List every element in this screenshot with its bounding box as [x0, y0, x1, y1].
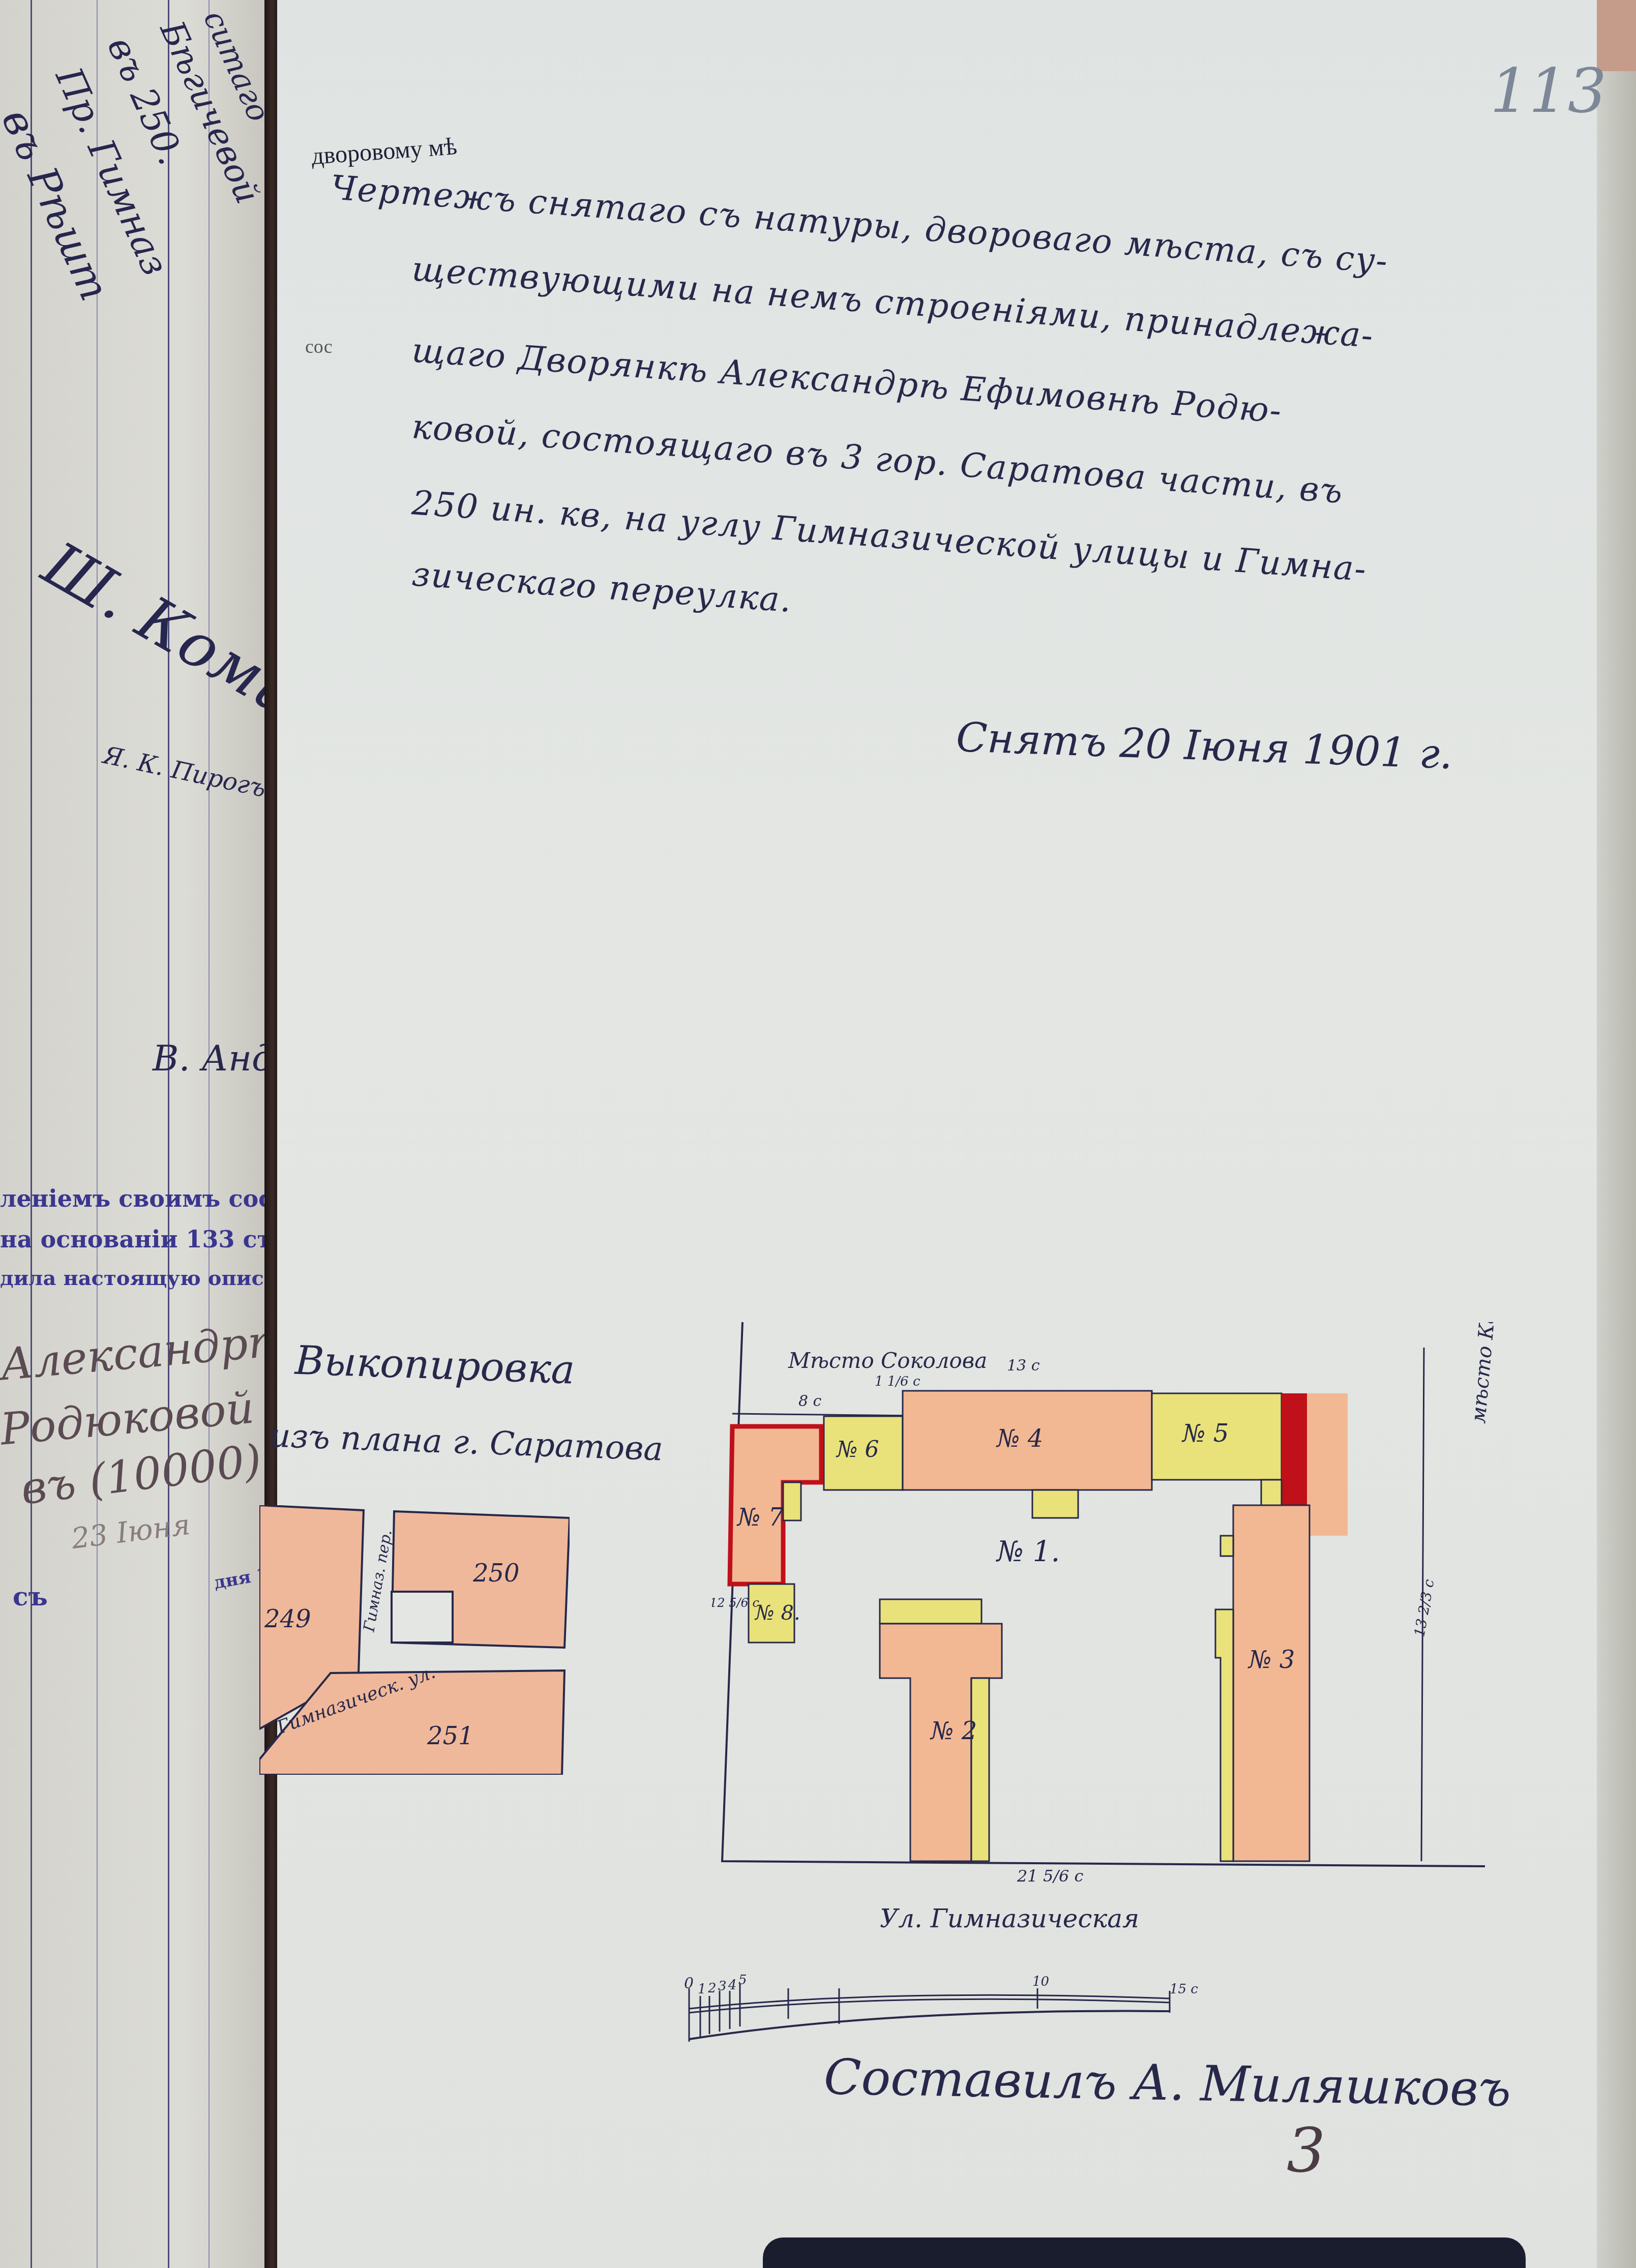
lot-label: 250 [472, 1559, 520, 1588]
page-number: 113 [1490, 56, 1607, 127]
surveyor-signature: Составилъ А. Миляшковъ [823, 2048, 1511, 2117]
left-page-signature: Я. К. Пирогъ [101, 741, 264, 803]
dimension-label: 21 5/6 с [1017, 1866, 1084, 1886]
building-label: № 4 [996, 1424, 1043, 1453]
page-stack-edge [1597, 71, 1636, 2268]
left-page-handwriting: Александрѣ [0, 1315, 264, 1391]
binder-cover-edge [763, 2237, 1526, 2268]
excerpt-map: 249 250 251 Гимназическ. ул. Гимназ. пер… [259, 1505, 570, 1775]
scale-tick: 1 [698, 1982, 706, 1997]
scale-tick: 2 [707, 1981, 717, 1996]
ledger-rule [209, 0, 210, 2268]
annex-4 [1032, 1490, 1078, 1518]
building-label: № 7 [736, 1503, 784, 1532]
left-page-signature: В. Андрі [153, 1037, 264, 1079]
dimension-label: 13 2/3 с [1411, 1578, 1437, 1638]
site-plan: Мѣсто Соколова мѣсто Карбушевскаго Гимна… [712, 1322, 1551, 1958]
building-label: № 2 [930, 1717, 977, 1745]
scale-bar: 0 1 2 3 4 5 10 15 с [681, 1953, 1210, 2054]
left-page-handwriting: 23 Іюня [70, 1508, 192, 1556]
annex-2b [971, 1678, 989, 1861]
dimension-label: 1 1/6 с [875, 1374, 920, 1389]
ledger-rule [97, 0, 98, 2268]
annex-3b [1221, 1536, 1233, 1556]
printed-form-line: леніемъ своимъ состоянія [0, 1185, 264, 1212]
neighbor-label: Мѣсто Соколова [788, 1348, 987, 1373]
lot-label: 251 [427, 1722, 474, 1750]
building-label: № 8. [754, 1601, 800, 1625]
street-label: Ул. Гимназическая [880, 1904, 1139, 1933]
scale-tick: 5 [738, 1973, 747, 1988]
ledger-rule [168, 0, 169, 2268]
printed-form-line: на основаніи 133 ст. Полож [0, 1226, 264, 1253]
building-label: № 5 [1181, 1419, 1229, 1448]
annex-7 [783, 1482, 801, 1520]
left-ledger-page: ситаго Бѣгичевой въ 250. Пр. Гимназ въ Р… [0, 0, 264, 2268]
building-3 [1233, 1505, 1310, 1861]
scale-tick: 10 [1032, 1974, 1049, 1989]
excerpt-title: Выкопировка [294, 1337, 576, 1393]
scale-tick: 4 [728, 1978, 737, 1993]
printed-form-word: дня 190 [213, 1560, 264, 1593]
annex-2 [880, 1599, 981, 1624]
printed-form-fragment: сос [305, 336, 333, 358]
lot-label: 249 [264, 1605, 311, 1633]
street-label: Гимназ. пер. [360, 1528, 396, 1633]
building-label: № 3 [1247, 1646, 1295, 1674]
annex-3 [1215, 1609, 1233, 1861]
scale-tick: 0 [684, 1975, 694, 1992]
scale-tick: 3 [718, 1979, 727, 1994]
dimension-label: 12 5/6 с [712, 1596, 759, 1610]
lot-250-courtyard [392, 1592, 453, 1643]
dimension-label: 13 с [1007, 1357, 1040, 1375]
neighbor-strip [1307, 1393, 1348, 1536]
sheet-mark: 3 [1287, 2115, 1325, 2186]
neighbor-label: мѣсто Карбушевскаго [1467, 1322, 1512, 1424]
yard-label: № 1. [996, 1535, 1060, 1568]
ledger-rule [31, 0, 32, 2268]
building-label: № 6 [836, 1437, 879, 1463]
scale-tick: 15 с [1170, 1982, 1198, 1997]
dimension-label: 8 с [798, 1392, 822, 1410]
printed-form-line: дила настоящую опись съ о [0, 1266, 264, 1290]
printed-form-word: съ [13, 1581, 48, 1612]
